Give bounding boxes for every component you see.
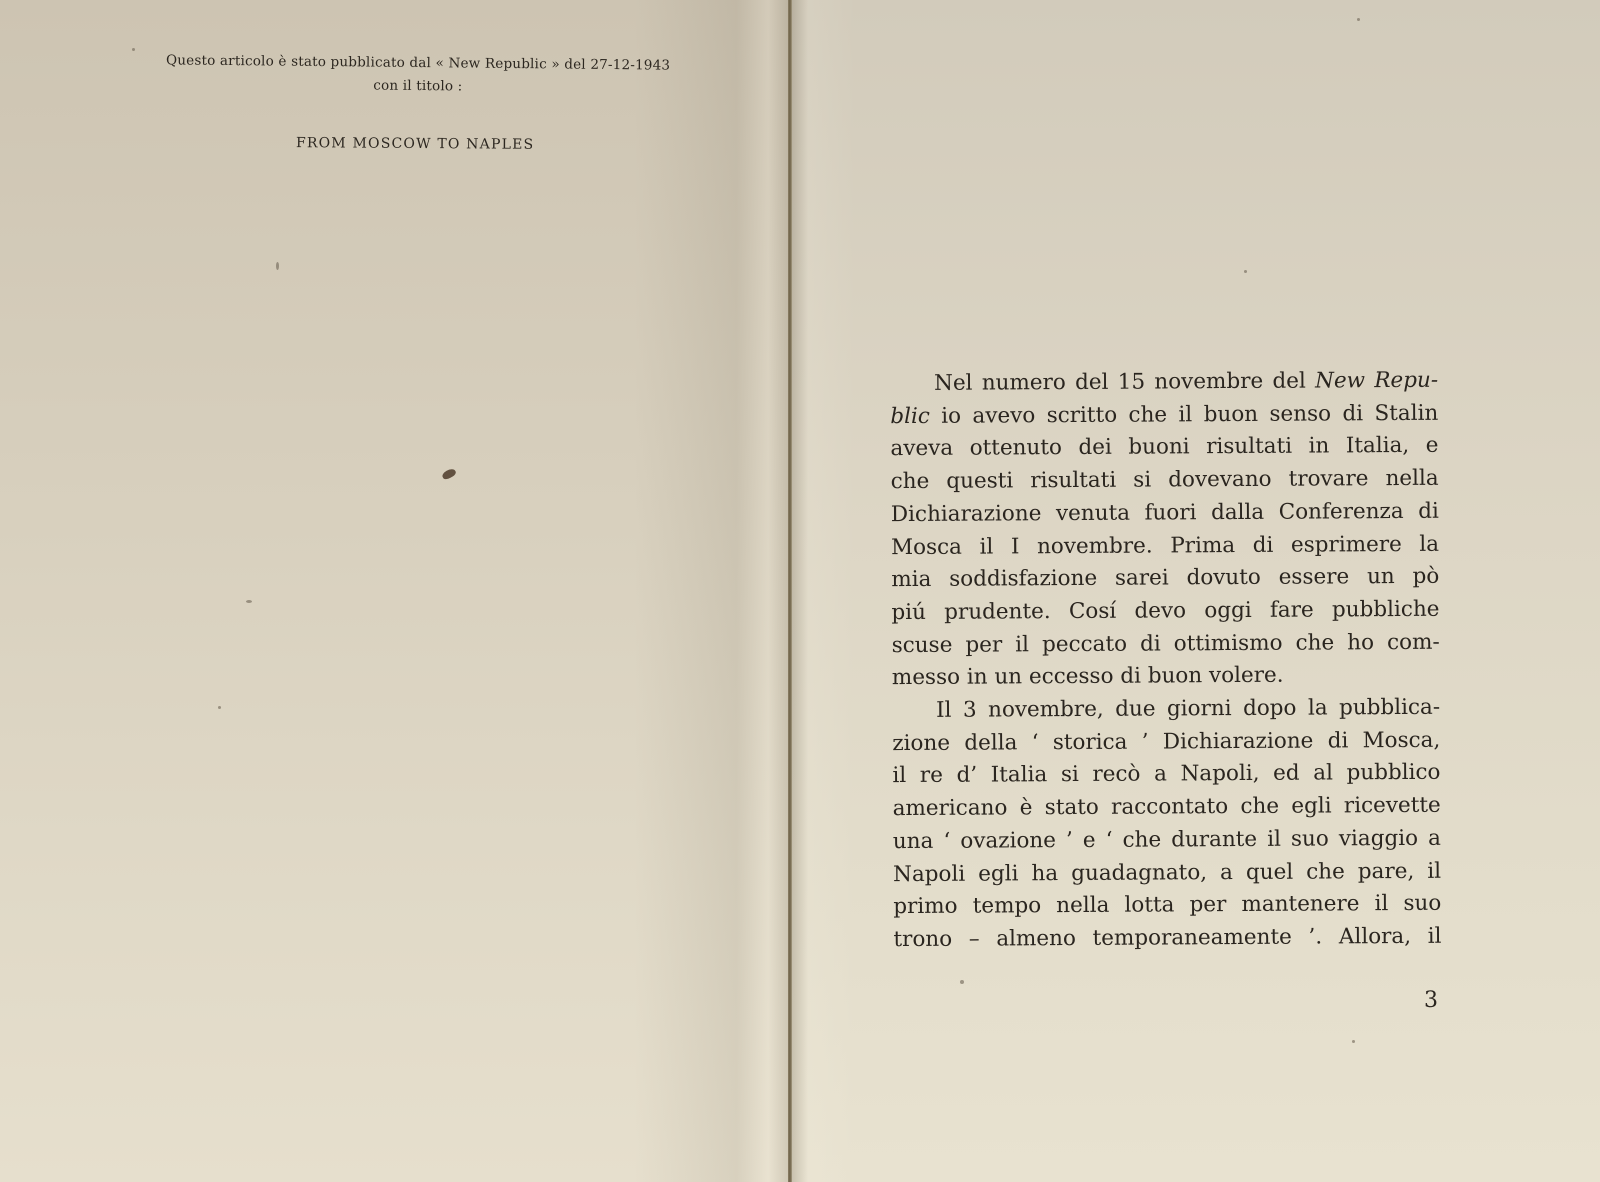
- body-line: americano è stato raccontato che egli ri…: [893, 790, 1441, 826]
- body-line: Napoli egli ha guadagnato, a quel che pa…: [893, 855, 1441, 891]
- page-number: 3: [1424, 988, 1438, 1013]
- body-line: scuse per il peccato di ottimismo che ho…: [892, 626, 1440, 662]
- ink-stain: [441, 467, 457, 481]
- article-body: Nel numero del 15 novembre del New Repu-…: [908, 365, 1442, 957]
- body-line: aveva ottenuto dei buoni risultati in It…: [890, 430, 1438, 466]
- body-line: zione della ‘ storica ’ Dichiarazione di…: [892, 724, 1440, 760]
- body-line: il re d’ Italia si recò a Napoli, ed al …: [892, 757, 1440, 793]
- body-line: Dichiarazione venuta fuori dalla Confere…: [891, 496, 1439, 532]
- body-line: messo in un eccesso di buon volere.: [892, 659, 1440, 695]
- paper-speck: [1352, 1040, 1355, 1043]
- body-line: trono – almeno temporaneamente ’. Allora…: [893, 921, 1441, 957]
- paper-speck: [1357, 18, 1360, 21]
- paper-speck: [218, 706, 221, 709]
- paper-speck: [276, 262, 279, 270]
- book-spread: Questo articolo è stato pubblicato dal «…: [0, 0, 1600, 1182]
- paper-speck: [960, 980, 964, 984]
- body-line: mia soddisfazione sarei dovuto essere un…: [891, 561, 1439, 597]
- body-line: blic io avevo scritto che il buon senso …: [890, 397, 1438, 433]
- body-line: Il 3 novembre, due giorni dopo la pubbli…: [910, 692, 1440, 728]
- publication-note: Questo articolo è stato pubblicato dal «…: [148, 49, 688, 101]
- left-page: Questo articolo è stato pubblicato dal «…: [0, 0, 792, 1182]
- body-line: Nel numero del 15 novembre del New Repu-: [908, 365, 1438, 401]
- body-line: Mosca il I novembre. Prima di esprimere …: [891, 528, 1439, 564]
- body-line: piú prudente. Cosí devo oggi fare pubbli…: [891, 594, 1439, 630]
- italic-text: blic: [890, 404, 930, 429]
- article-title: FROM MOSCOW TO NAPLES: [296, 135, 546, 153]
- paper-speck: [132, 48, 135, 51]
- body-line: una ‘ ovazione ’ e ‘ che durante il suo …: [893, 823, 1441, 859]
- paper-speck: [1244, 270, 1247, 273]
- body-line: primo tempo nella lotta per mantenere il…: [893, 888, 1441, 924]
- paper-speck: [246, 600, 252, 603]
- body-line: che questi risultati si dovevano trovare…: [891, 463, 1439, 499]
- italic-text: New Repu-: [1315, 368, 1438, 394]
